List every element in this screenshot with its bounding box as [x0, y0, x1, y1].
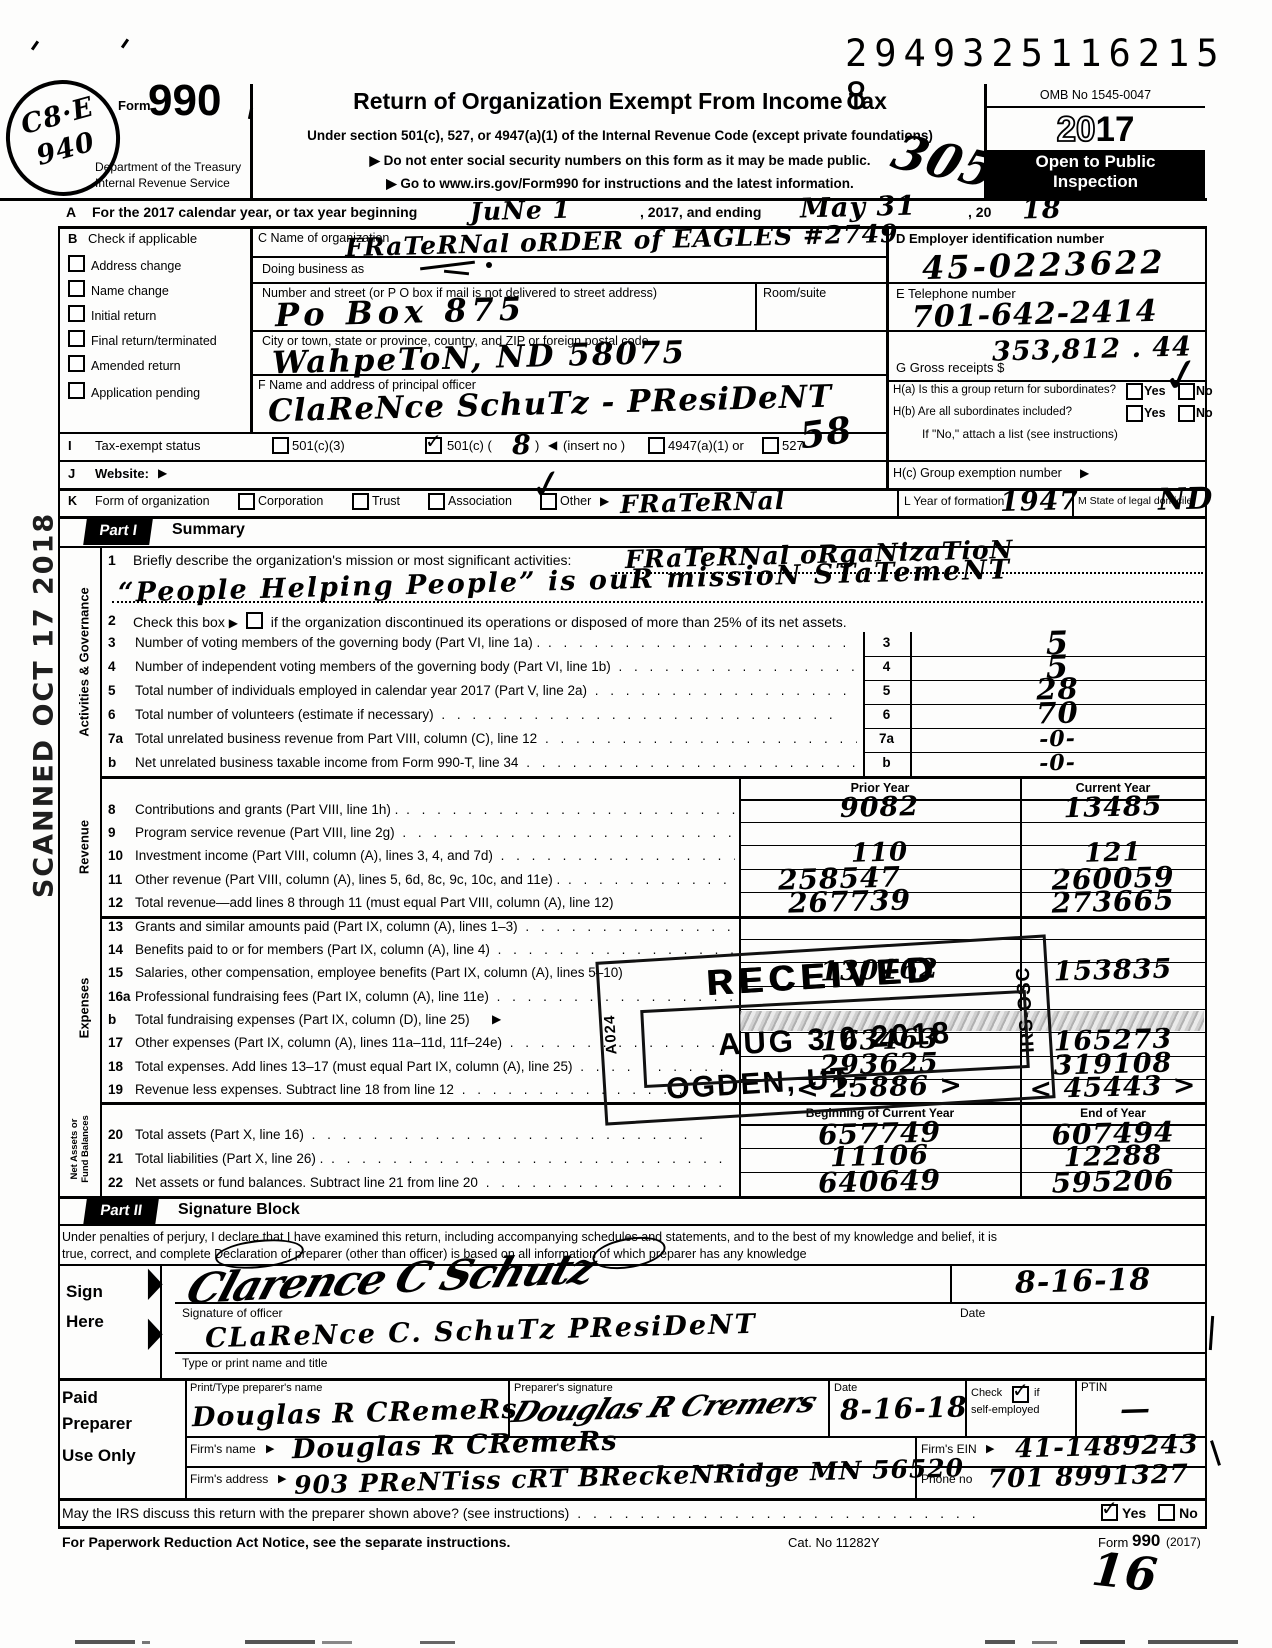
self-employed-check-label3: self-employed [971, 1404, 1039, 1416]
hb-yes-checkbox [1126, 405, 1143, 425]
part1-tag: Part I [83, 519, 153, 545]
other-checkmark: ✓ [526, 459, 567, 510]
type-print-label: Type or print name and title [182, 1356, 327, 1370]
arrow-icon: ▶ [369, 153, 379, 168]
officer-date-label: Date [960, 1306, 985, 1320]
arrow-icon: ▶ [229, 616, 238, 630]
scan-artifact [1210, 1440, 1221, 1466]
ha-yes-checkbox [1126, 383, 1143, 403]
balance-row-22: 22 Net assets or fund balances. Subtract… [100, 1172, 1205, 1196]
hb-note: If "No," attach a list (see instructions… [922, 427, 1118, 441]
tax-year-end-year: 18 [1022, 193, 1062, 225]
part1-title: Summary [172, 521, 245, 539]
line2-num: 2 [108, 612, 116, 628]
checkbox-icon [352, 493, 369, 510]
pen-page-note: 16 [1089, 1542, 1160, 1603]
line-a-letter: A [66, 204, 76, 220]
preparer-date-value: 8-16-18 [840, 1390, 968, 1426]
form-word: Form [118, 98, 151, 113]
line-i-letter: I [68, 438, 72, 453]
hb-yes-label: Yes [1144, 406, 1166, 420]
divider [755, 282, 757, 330]
irs-discuss-row: May the IRS discuss this return with the… [62, 1504, 1205, 1521]
hc-label: H(c) Group exemption number [893, 466, 1062, 480]
scanned-date-stamp: SCANNED OCT 17 2018 [29, 512, 60, 898]
checkbox-icon [648, 437, 665, 454]
part2-tag: Part II [83, 1199, 159, 1225]
self-employed-check-label2: if [1034, 1387, 1040, 1399]
divider [250, 256, 888, 258]
header-note1: ▶ Do not enter social security numbers o… [258, 153, 982, 169]
divider [58, 1526, 1207, 1529]
website-arrow-icon: ▶ [158, 466, 167, 480]
signature-of-officer-label: Signature of officer [182, 1306, 283, 1320]
phone-no-value: 701 8991327 [988, 1459, 1190, 1494]
footer-form-year: (2017) [1166, 1535, 1201, 1549]
line-a-text: For the 2017 calendar year, or tax year … [92, 204, 417, 220]
divider [185, 1378, 187, 1498]
divider [58, 432, 888, 434]
scan-artifact [121, 39, 129, 49]
discuss-no-label: No [1179, 1505, 1198, 1521]
dba-scribble [420, 261, 475, 271]
ha-no-checkmark: ✓ [1158, 345, 1205, 405]
sidebar-expenses-label: Expenses [77, 978, 92, 1039]
label-501c-close: ) [535, 438, 539, 453]
scan-artifact [142, 1641, 150, 1644]
page-subtitle: Under section 501(c), 527, or 4947(a)(1)… [258, 128, 982, 143]
divider [1205, 226, 1207, 1526]
summary-row-7b: b Net unrelated business taxable income … [100, 752, 1205, 776]
phone-value: 701-642-2414 [912, 294, 1158, 335]
checkbox-icon [1178, 405, 1195, 422]
cb-501c3 [272, 437, 289, 457]
label-corporation: Corporation [258, 494, 323, 508]
checkbox-initial-return: Initial return [68, 305, 156, 325]
discuss-no-checkbox [1158, 1504, 1175, 1521]
other-arrow-icon: ▶ [600, 494, 609, 508]
part2-title: Signature Block [178, 1201, 300, 1219]
tax-year-begin-value: JuNe 1 [470, 195, 572, 227]
arrow-icon: ▶ [386, 176, 396, 191]
checkbox-icon: ✓ [1012, 1386, 1029, 1403]
cb-501c: ✓ [425, 437, 442, 457]
checkbox-icon [68, 355, 85, 372]
divider [58, 516, 1207, 519]
other-value: FRaTeRNal [620, 486, 786, 519]
cb-527 [762, 437, 779, 457]
divider [886, 282, 1207, 284]
insert-number-value: 8 [512, 430, 533, 462]
checkbox-icon [68, 330, 85, 347]
checkbox-icon [68, 305, 85, 322]
hc-arrow-icon: ▶ [1080, 466, 1089, 480]
firm-name-value: Douglas R CRemeRs [292, 1426, 618, 1466]
divider [897, 490, 899, 516]
checkbox-icon [272, 437, 289, 454]
checkmark-icon: ✓ [1101, 1496, 1118, 1520]
discuss-yes-checkbox: ✓ [1101, 1504, 1118, 1521]
divider [886, 380, 1207, 382]
divider [828, 1378, 830, 1436]
omb-number: OMB No 1545-0047 [986, 88, 1205, 102]
divider [250, 84, 253, 198]
preparer-label: Preparer [62, 1414, 132, 1434]
firm-name-arrow-icon: ▶ [266, 1442, 274, 1455]
arrow-icon: ▶ [492, 1012, 501, 1026]
ha-label: H(a) Is this a group return for subordin… [893, 384, 1116, 396]
cb-trust [352, 493, 369, 513]
firm-address-label: Firm's address [190, 1472, 268, 1486]
discuss-yes-label: Yes [1122, 1505, 1146, 1521]
summary-row-6: 6 Total number of volunteers (estimate i… [100, 704, 1205, 728]
divider [250, 282, 888, 284]
label-trust: Trust [372, 494, 400, 508]
scan-artifact [1032, 1641, 1057, 1644]
form-990-scanned-page: 2949325116215 8 C8·E 940 Form 990 Depart… [0, 0, 1272, 1648]
dba-scribble [444, 270, 469, 276]
website-label: Website: [95, 466, 149, 481]
mission-label: Briefly describe the organization's miss… [133, 552, 571, 568]
divider [1075, 1378, 1077, 1436]
divider [950, 1264, 952, 1302]
checkmark-icon: ✓ [1012, 1378, 1029, 1402]
firm-name-label: Firm's name [190, 1442, 256, 1456]
officer-sign-date: 8-16-18 [1015, 1262, 1152, 1301]
cb-4947 [648, 437, 665, 457]
line-j-letter: J [68, 466, 75, 481]
firm-ein-arrow-icon: ▶ [986, 1442, 994, 1455]
checkbox-icon: ✓ [425, 437, 442, 454]
revenue-row-12: 12 Total revenue—add lines 8 through 11 … [100, 892, 1205, 916]
line-k-letter: K [68, 494, 77, 508]
ein-label: D Employer identification number [896, 231, 1104, 246]
checkbox-icon [238, 493, 255, 510]
checkbox-icon [762, 437, 779, 454]
divider [965, 1378, 967, 1436]
line2-text: Check this box ▶ if the organization dis… [133, 612, 847, 630]
paperwork-notice: For Paperwork Reduction Act Notice, see … [62, 1534, 510, 1550]
catalog-number: Cat. No 11282Y [788, 1535, 880, 1550]
sign-arrow-icon: ▶ [148, 1308, 163, 1357]
checkbox-icon [1126, 383, 1143, 400]
year-formation-value: 1947 [1000, 485, 1080, 518]
box-b-letter: B [68, 231, 77, 246]
irs-discuss-question: May the IRS discuss this return with the… [62, 1505, 1097, 1521]
preparer-name-label: Print/Type preparer's name [190, 1382, 322, 1394]
ha-yes-label: Yes [1144, 384, 1166, 398]
checkbox-icon [428, 493, 445, 510]
divider [984, 84, 987, 198]
sign-here-label-2: Here [66, 1312, 104, 1332]
scan-artifact [420, 1641, 455, 1644]
checkmark-icon: ✓ [425, 429, 442, 453]
dba-label: Doing business as [262, 262, 364, 276]
header-note2: ▶ Go to www.irs.gov/Form990 for instruct… [258, 176, 982, 192]
tax-year-outline: 20 [1057, 110, 1096, 149]
checkbox-amended-return: Amended return [68, 355, 181, 375]
dotted-line [112, 601, 1203, 603]
page-title: Return of Organization Exempt From Incom… [255, 88, 985, 115]
phone-no-label: Phone no [921, 1472, 972, 1486]
checkbox-address-change: Address change [68, 255, 181, 275]
self-employed-checkbox: ✓ [1012, 1386, 1029, 1406]
scan-artifact [1080, 1640, 1125, 1644]
ptin-value: — [1120, 1392, 1152, 1428]
sidebar-net-assets-label: Net Assets orFund Balances [69, 1115, 91, 1183]
year-formation-label: L Year of formation [904, 494, 1004, 508]
checkbox-icon [68, 280, 85, 297]
ptin-label: PTIN [1081, 1382, 1107, 1394]
divider [58, 1224, 1207, 1226]
divider [58, 460, 1207, 462]
dept-line1: Department of the Treasury [95, 160, 241, 174]
label-501c: 501(c) ( [447, 438, 492, 453]
divider [250, 374, 888, 376]
preparer-name-value: Douglas R CRemeRs [192, 1394, 518, 1434]
gross-receipts-label: G Gross receipts $ [896, 360, 1004, 375]
sidebar-revenue-label: Revenue [77, 820, 92, 874]
checkbox-icon [68, 382, 85, 399]
divider [986, 106, 1205, 108]
sidebar-governance-label: Activities & Governance [77, 587, 92, 737]
summary-row-7a: 7a Total unrelated business revenue from… [100, 728, 1205, 752]
label-501c3: 501(c)(3) [292, 438, 345, 453]
received-stamp-date: AUG 3 0 2018 [644, 1011, 1025, 1067]
sign-here-label-1: Sign [66, 1282, 103, 1302]
cb-association [428, 493, 445, 513]
discontinued-checkbox [246, 612, 263, 629]
firm-address-arrow-icon: ▶ [278, 1472, 286, 1485]
cb-corporation [238, 493, 255, 513]
insert-arrow-icon: ◀ [548, 438, 557, 452]
divider [58, 1498, 1207, 1501]
divider [175, 1352, 1205, 1354]
divider [58, 1378, 1207, 1381]
paid-label: Paid [62, 1388, 98, 1408]
ein-value: 45-0223622 [922, 243, 1167, 287]
self-employed-check-label1: Check [971, 1387, 1002, 1399]
hb-label: H(b) Are all subordinates included? [893, 406, 1072, 418]
pen-note-58: 58 [797, 409, 854, 458]
checkbox-application-pending: Application pending [68, 382, 200, 402]
checkbox-icon [68, 255, 85, 272]
line-a-suffix: , 20 [968, 204, 991, 220]
insert-no-label: (insert no ) [563, 438, 625, 453]
label-association: Association [448, 494, 512, 508]
divider [58, 1196, 1207, 1199]
scan-artifact [245, 1640, 315, 1644]
hb-no-checkbox [1178, 405, 1195, 425]
checkbox-name-change: Name change [68, 280, 169, 300]
scan-artifact [1148, 1640, 1238, 1644]
divider [175, 1302, 1205, 1304]
checkbox-final-return: Final return/terminated [68, 330, 217, 350]
scan-artifact [322, 1641, 352, 1644]
checkbox-icon [1126, 405, 1143, 422]
preparer-date-label: Date [834, 1382, 857, 1394]
tax-year: 2017 [986, 110, 1205, 150]
divider [1072, 490, 1074, 516]
divider [100, 776, 1205, 779]
box-b-title: Check if applicable [88, 231, 197, 246]
use-only-label: Use Only [62, 1446, 136, 1466]
street-value: Po Box 875 [275, 290, 527, 335]
open-to-public-badge: Open to Public Inspection [986, 150, 1205, 198]
sign-arrow-icon: ▶ [148, 1258, 163, 1307]
room-suite-label: Room/suite [763, 286, 826, 300]
scan-artifact [31, 41, 39, 51]
line-a-mid: , 2017, and ending [640, 204, 761, 220]
scan-artifact [1209, 1316, 1214, 1350]
dept-line2: Internal Revenue Service [95, 176, 230, 190]
received-stamp-code: A024 [601, 1014, 620, 1055]
scan-artifact [985, 1640, 1015, 1644]
tax-exempt-status-label: Tax-exempt status [95, 438, 201, 453]
form-of-org-label: Form of organization [95, 494, 210, 508]
revenue-row-8: 8 Contributions and grants (Part VIII, l… [100, 799, 1205, 822]
divider [250, 330, 888, 332]
line1-num: 1 [108, 552, 116, 568]
form-number-large: 990 [148, 76, 221, 126]
divider [886, 226, 889, 488]
scan-artifact [75, 1640, 135, 1644]
label-4947: 4947(a)(1) or [668, 438, 744, 453]
dba-scribble [486, 262, 492, 268]
officer-printed-name: CLaReNce C. SchuTz PResiDeNT [205, 1309, 757, 1354]
